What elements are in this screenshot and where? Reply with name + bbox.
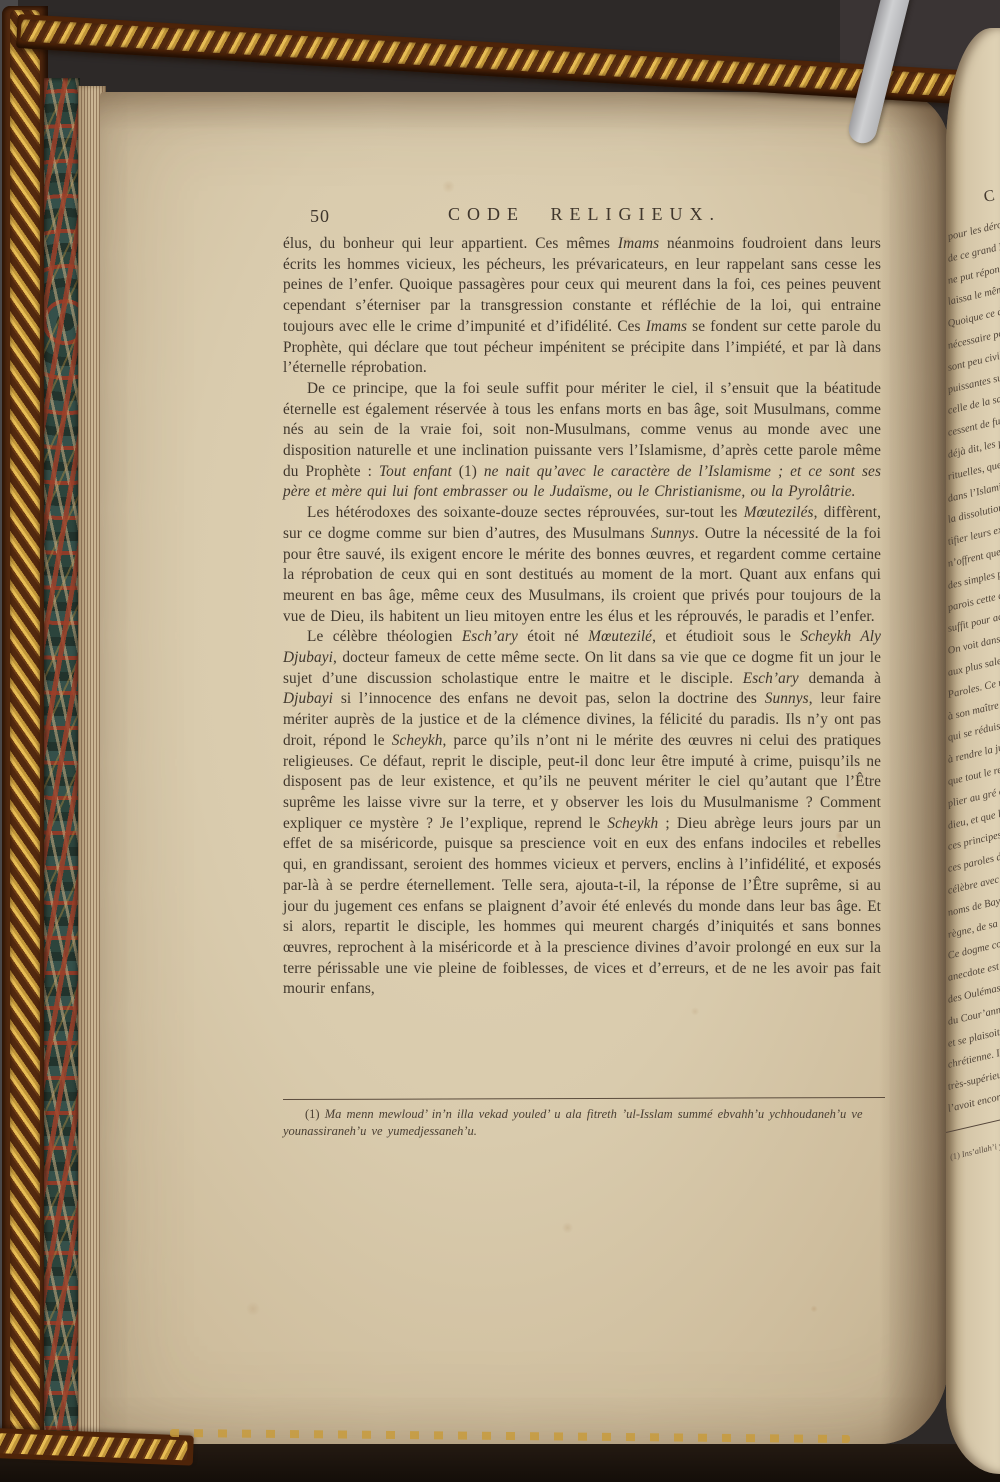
- paragraph: Les hétérodoxes des soixante-douze secte…: [283, 503, 881, 627]
- paragraph: De ce principe, que la foi seule suffit …: [283, 379, 881, 503]
- facing-heading-fragment: C: [983, 187, 997, 207]
- paragraph: élus, du bonheur qui leur appartient. Ce…: [283, 234, 881, 379]
- gilt-rope-tooling-bottom: [0, 1433, 188, 1460]
- running-title: CODE RELIGIEUX.: [431, 204, 738, 225]
- paragraph: Le célèbre théologien Esch’ary étoit né …: [283, 627, 881, 1000]
- gilt-rope-tooling-left: [10, 10, 40, 1472]
- marbled-endpaper: [44, 78, 80, 1434]
- facing-text-fragment: pour les dérober au: [947, 207, 1000, 242]
- facing-page-edge: C (1) Ins’allah’i yaghfir’ul pour les dé…: [946, 28, 1000, 1474]
- footnote: (1) Ma menn mewloud’ in’n illa vekad you…: [283, 1106, 885, 1139]
- binding-edge-top: [16, 14, 966, 104]
- gutter-shadow: [880, 92, 950, 1444]
- gilt-rope-tooling-top: [20, 19, 960, 97]
- facing-footnote-rule: [946, 1114, 1000, 1133]
- facing-footnote-fragment: (1) Ins’allah’i yaghfir’ul: [949, 1127, 1000, 1161]
- book-photograph: 50 CODE RELIGIEUX. élus, du bonheur qui …: [0, 0, 1000, 1482]
- book-page: 50 CODE RELIGIEUX. élus, du bonheur qui …: [100, 92, 950, 1444]
- body-text: élus, du bonheur qui leur appartient. Ce…: [283, 234, 881, 1000]
- footnote-rule: [283, 1097, 885, 1100]
- page-number: 50: [310, 206, 330, 227]
- binding-edge-left: [2, 6, 48, 1476]
